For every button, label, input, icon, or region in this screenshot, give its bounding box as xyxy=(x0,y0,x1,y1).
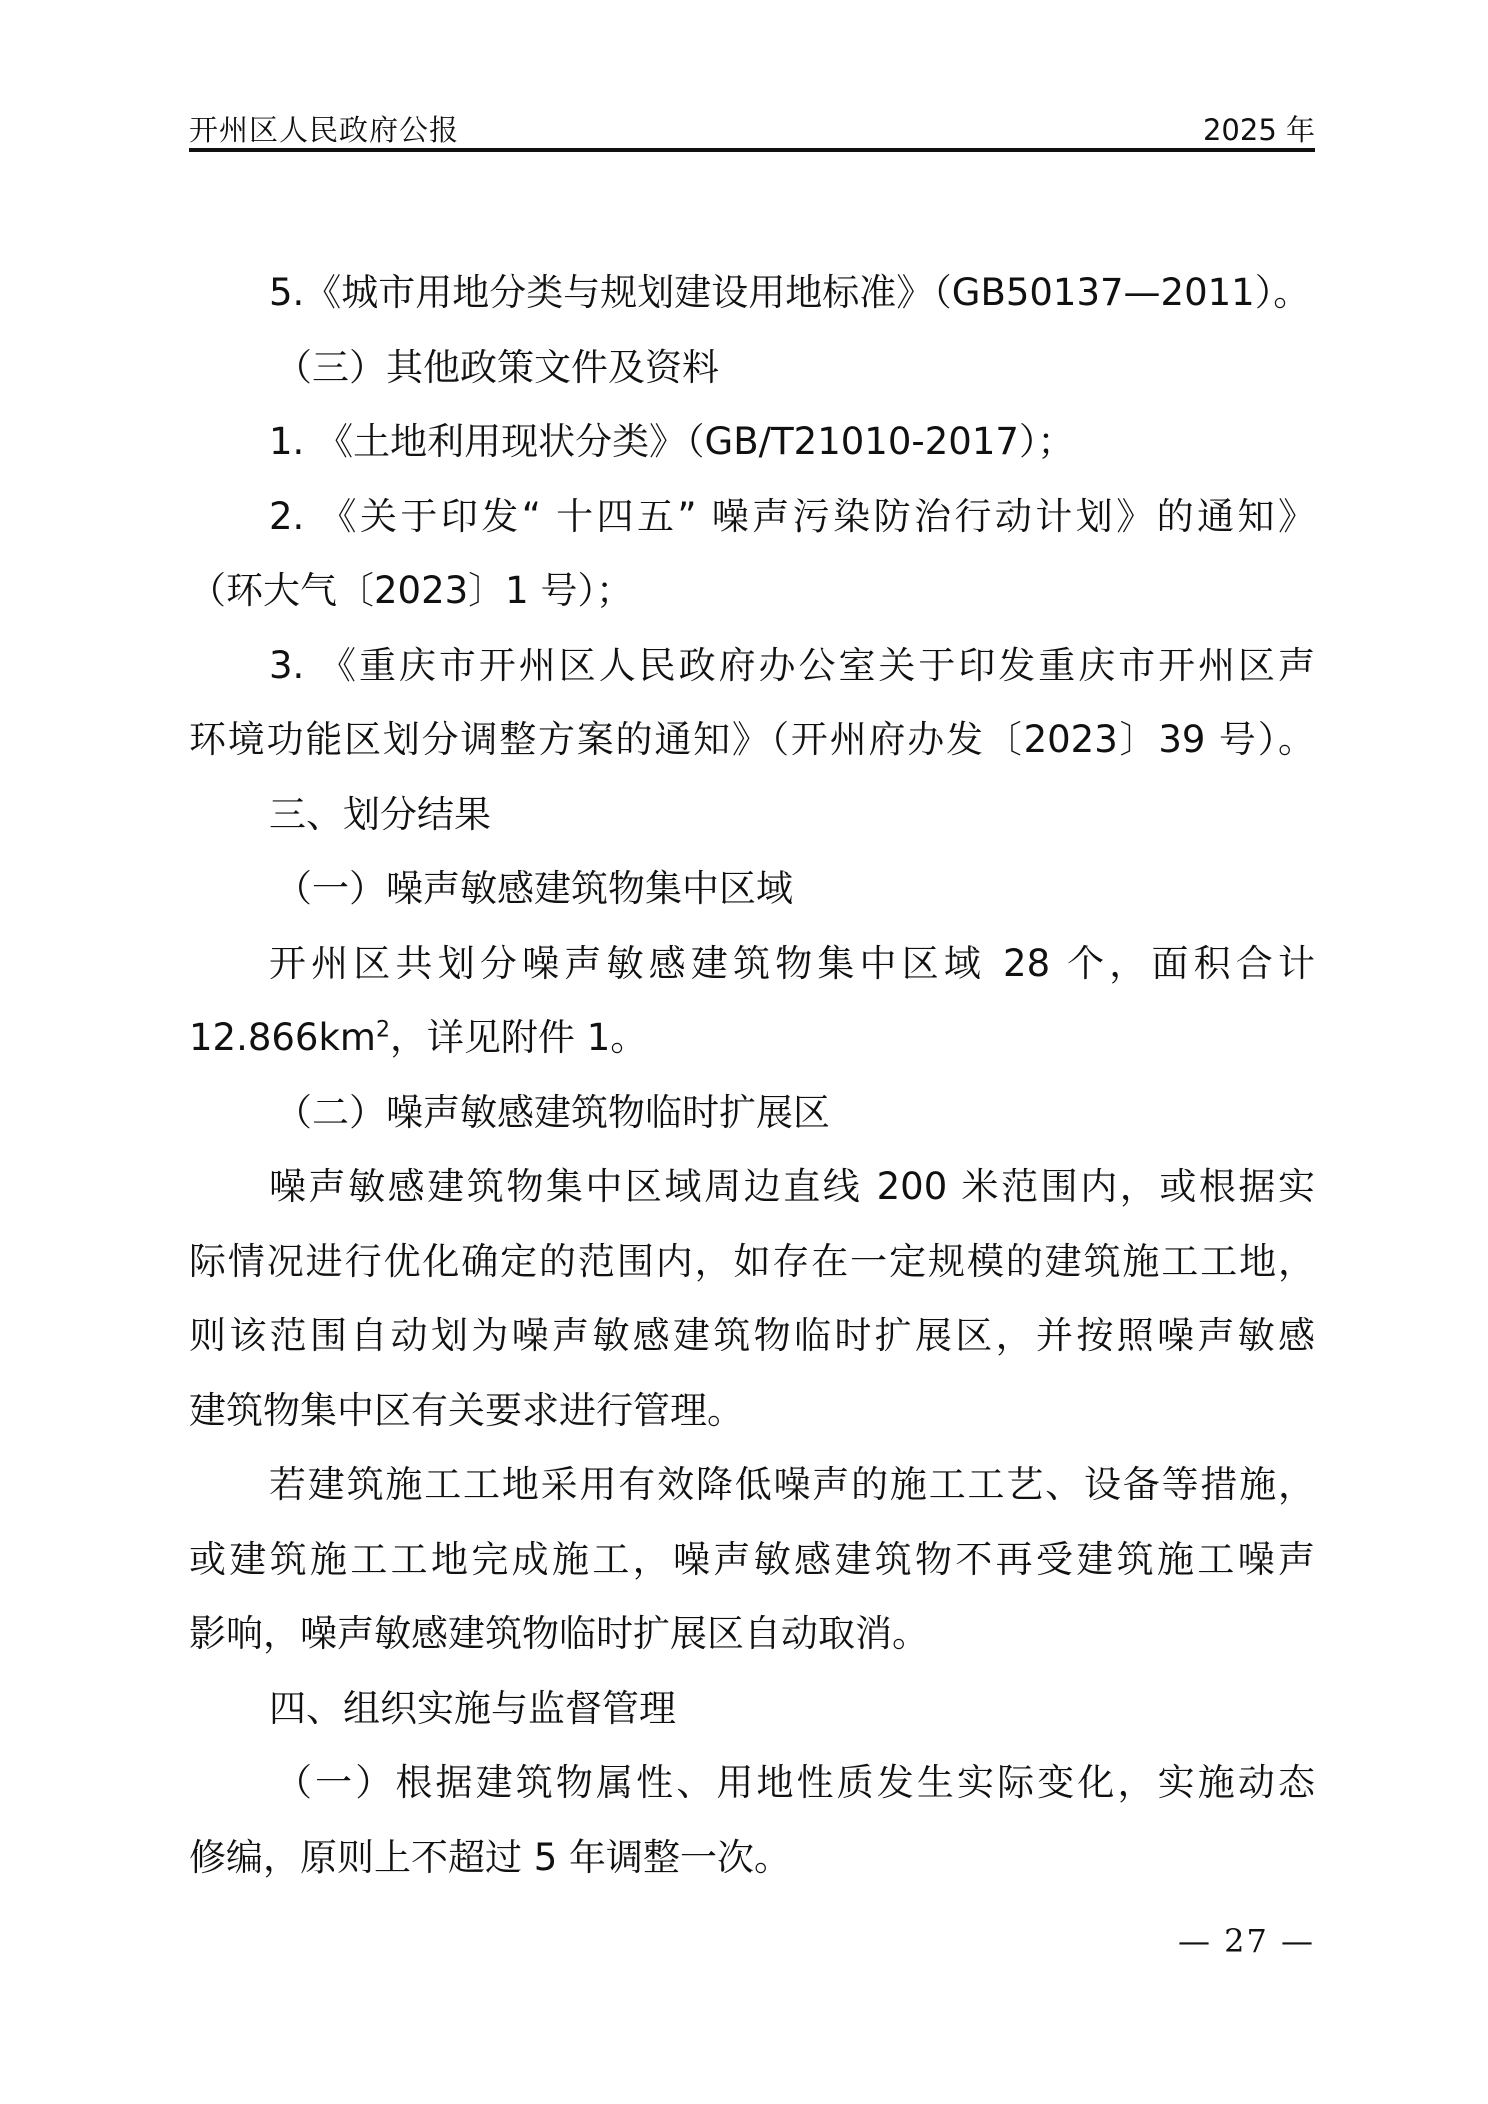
text-line: 影响，噪声敏感建筑物临时扩展区自动取消。 xyxy=(189,1604,1315,1679)
text-line: 或建筑施工工地完成施工，噪声敏感建筑物不再受建筑施工噪声 xyxy=(189,1530,1315,1605)
text-line: 四、组织实施与监督管理 xyxy=(189,1679,1315,1754)
page-header: 开州区人民政府公报 2025 年 xyxy=(189,108,1315,148)
text-fragment: 12.866km xyxy=(189,1016,376,1059)
text-line: 际情况进行优化确定的范围内，如存在一定规模的建筑施工工地， xyxy=(189,1232,1315,1307)
text-line: （一）根据建筑物属性、用地性质发生实际变化，实施动态 xyxy=(189,1753,1315,1828)
text-line: （三）其他政策文件及资料 xyxy=(189,338,1315,413)
text-line: 12.866km2，详见附件 1。 xyxy=(189,1008,1315,1083)
document-page: 开州区人民政府公报 2025 年 5.《城市用地分类与规划建设用地标准》（GB5… xyxy=(0,0,1488,2104)
text-line: （二）噪声敏感建筑物临时扩展区 xyxy=(189,1083,1315,1158)
text-line: 三、划分结果 xyxy=(189,785,1315,860)
publication-year: 2025 年 xyxy=(1203,108,1315,149)
publication-title: 开州区人民政府公报 xyxy=(189,108,459,149)
text-line: 开州区共划分噪声敏感建筑物集中区域 28 个，面积合计 xyxy=(189,934,1315,1009)
text-line: 建筑物集中区有关要求进行管理。 xyxy=(189,1381,1315,1456)
text-line: 3. 《重庆市开州区人民政府办公室关于印发重庆市开州区声 xyxy=(189,636,1315,711)
page-number: — 27 — xyxy=(1178,1922,1315,1960)
text-line: 噪声敏感建筑物集中区域周边直线 200 米范围内，或根据实 xyxy=(189,1157,1315,1232)
text-line: 环境功能区划分调整方案的通知》（开州府办发〔2023〕39 号）。 xyxy=(189,710,1315,785)
text-line: 若建筑施工工地采用有效降低噪声的施工工艺、设备等措施， xyxy=(189,1455,1315,1530)
superscript: 2 xyxy=(376,1018,390,1043)
text-line: 5.《城市用地分类与规划建设用地标准》（GB50137—2011）。 xyxy=(189,263,1315,338)
text-line: （环大气〔2023〕1 号）； xyxy=(189,561,1315,636)
text-line: 1. 《土地利用现状分类》（GB/T21010-2017）； xyxy=(189,412,1315,487)
document-body: 5.《城市用地分类与规划建设用地标准》（GB50137—2011）。（三）其他政… xyxy=(189,263,1315,1902)
text-line: 修编，原则上不超过 5 年调整一次。 xyxy=(189,1828,1315,1903)
text-line: （一）噪声敏感建筑物集中区域 xyxy=(189,859,1315,934)
text-line: 2. 《关于印发“ 十四五” 噪声污染防治行动计划》的通知》 xyxy=(189,487,1315,562)
text-line: 则该范围自动划为噪声敏感建筑物临时扩展区，并按照噪声敏感 xyxy=(189,1306,1315,1381)
header-divider xyxy=(189,148,1315,152)
text-fragment: ，详见附件 1。 xyxy=(390,1016,647,1059)
